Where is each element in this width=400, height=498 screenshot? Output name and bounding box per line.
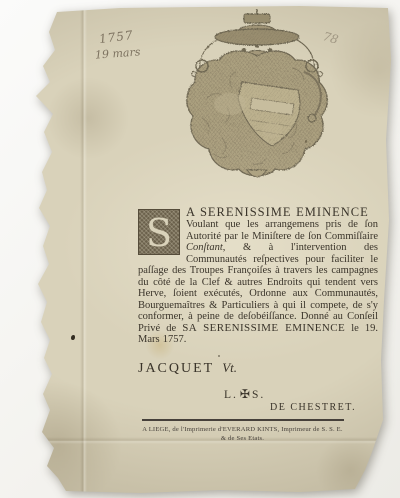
vertical-fold-crease [80,8,87,492]
coat-of-arms-engraving [172,8,342,183]
imprint-divider-rule [142,419,344,421]
paper-speck [218,355,220,357]
drop-cap-initial: S [138,209,180,255]
decree-paragraph: SA SERENISSIME EMINENCE Voulant que les … [138,207,378,346]
seal-mark: L.✠S. [224,387,265,401]
imprint-line-2: & de Ses Etats. [135,435,350,444]
commissaire-name: Conſtant [186,242,223,253]
signatory-name: JACQUET [138,361,214,376]
handwritten-year: 1757 [98,28,134,46]
document-page: 1757 19 mars 78 [0,0,400,498]
signature-row: JACQUETVt. [138,360,237,377]
opening-caps: A SERENISSIME EMINENCE [186,205,369,219]
vidit-mark: Vt. [222,360,237,375]
imprint-line-1: A LIEGE, de l'Imprimerie d'EVERARD KINTS… [135,426,350,435]
seal-letter-l: L. [224,389,238,401]
closing-caps: SA SERENISSIME EMINENCE [182,322,345,334]
aged-paper-sheet: 1757 19 mars 78 [0,0,400,498]
countersignature: DE CHESTRET. [270,402,356,413]
ink-spot [71,335,75,340]
decree-text: Voulant que les arrangemens pris de ſon … [186,219,378,242]
maltese-cross-icon: ✠ [240,387,250,401]
printer-imprint: A LIEGE, de l'Imprimerie d'EVERARD KINTS… [135,426,350,443]
handwritten-date: 19 mars [95,45,141,61]
seal-letter-s: S. [252,389,265,401]
decree-text: , & à l'intervention des Communautés reſ… [138,242,378,334]
